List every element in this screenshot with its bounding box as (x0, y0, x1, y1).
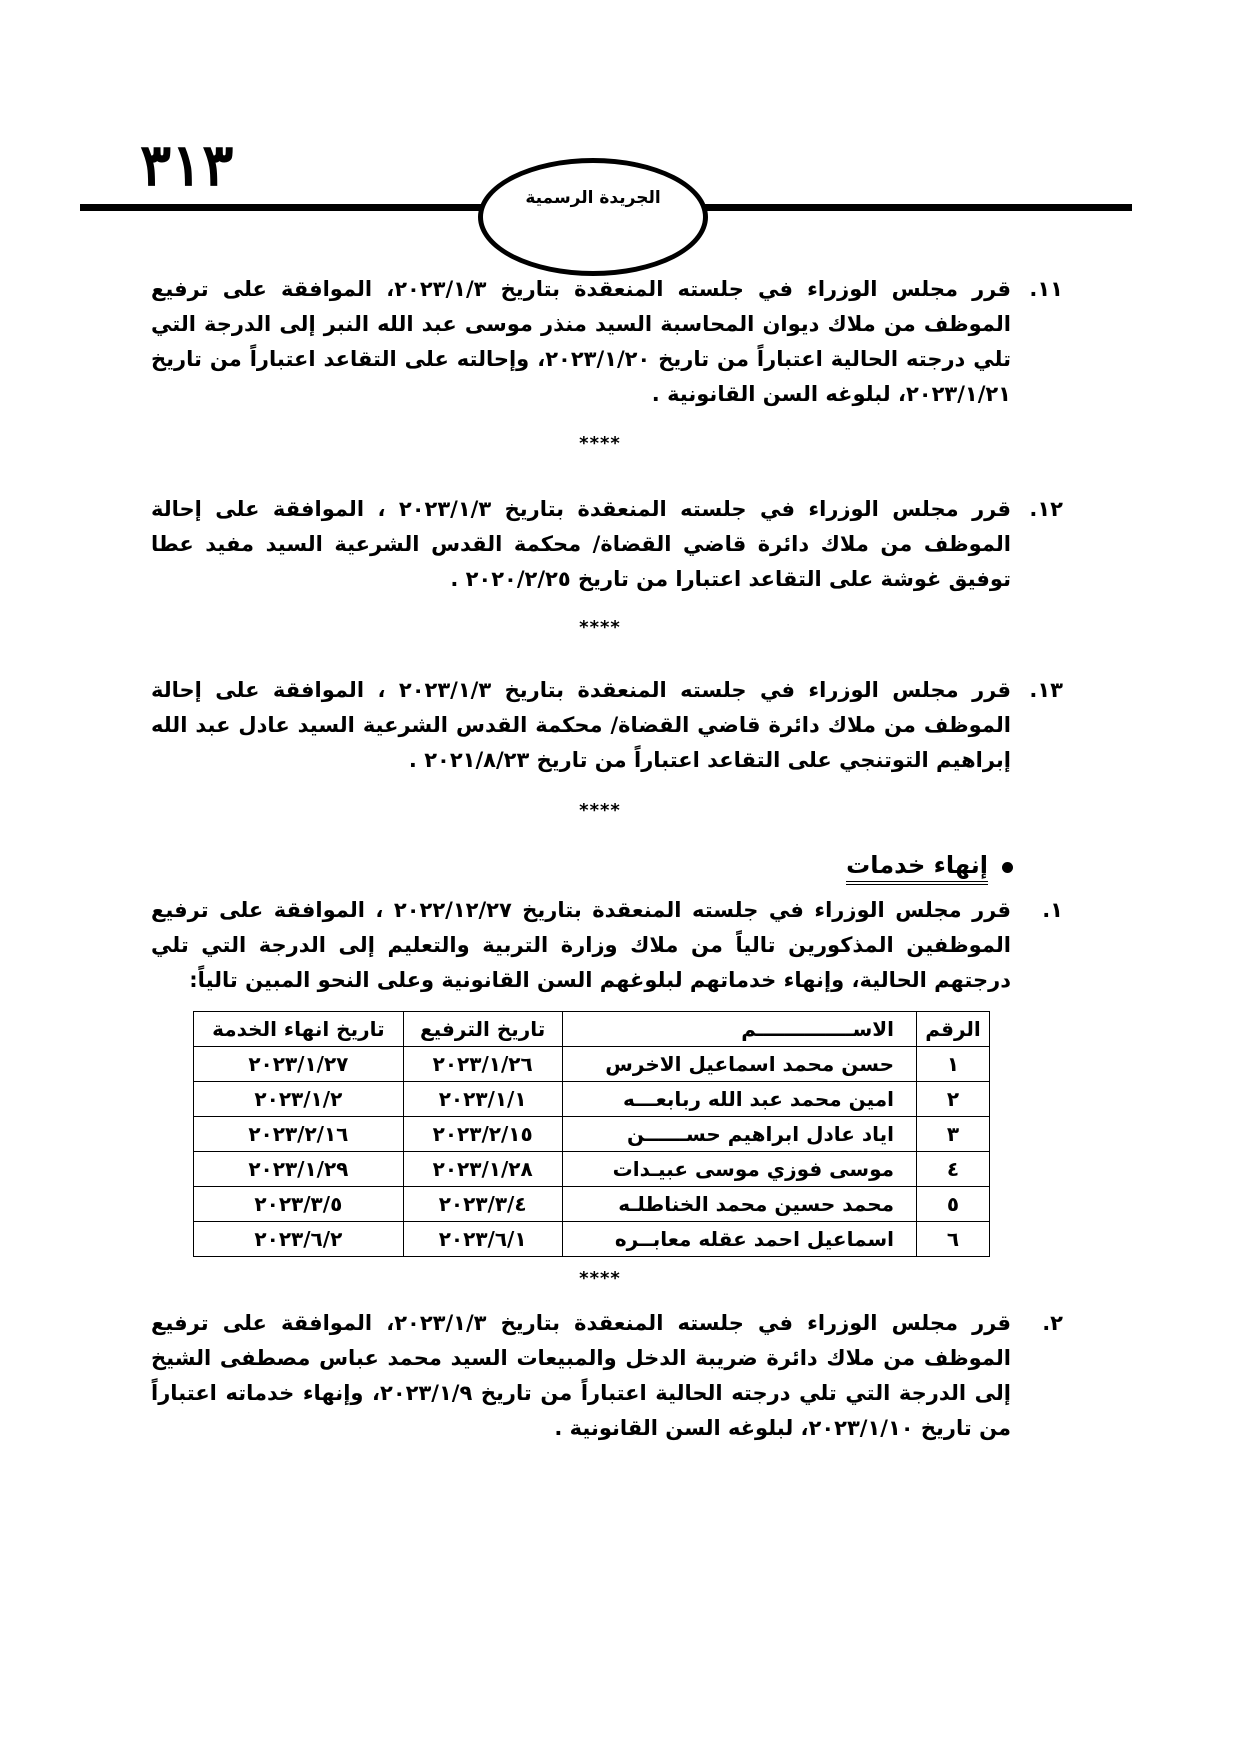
cell-number: ٢ (917, 1082, 990, 1117)
cell-promotion-date: ٢٠٢٣/١/٢٨ (403, 1152, 562, 1187)
table-row: ٥ محمد حسين محمد الخناطلـه ٢٠٢٣/٣/٤ ٢٠٢٣… (194, 1187, 990, 1222)
employees-table: الرقم الاســــــــــــــم تاريخ الترفيع … (193, 1011, 990, 1257)
cell-promotion-date: ٢٠٢٣/٢/١٥ (403, 1117, 562, 1152)
gazette-title-oval: الجريدة الرسمية (478, 158, 708, 276)
cell-termination-date: ٢٠٢٣/٢/١٦ (194, 1117, 404, 1152)
cell-termination-date: ٢٠٢٣/٦/٢ (194, 1222, 404, 1257)
cell-name: محمد حسين محمد الخناطلـه (562, 1187, 916, 1222)
table-row: ٦ اسماعيل احمد عقله معابــره ٢٠٢٣/٦/١ ٢٠… (194, 1222, 990, 1257)
decision-number: ٢. (1011, 1306, 1063, 1341)
cell-termination-date: ٢٠٢٣/١/٢ (194, 1082, 404, 1117)
cell-termination-date: ٢٠٢٣/١/٢٧ (194, 1047, 404, 1082)
decision-text: قرر مجلس الوزراء في جلسته المنعقدة بتاري… (151, 497, 1011, 591)
termination-item-2: ٢. قرر مجلس الوزراء في جلسته المنعقدة بت… (151, 1306, 1011, 1446)
cell-promotion-date: ٢٠٢٣/٦/١ (403, 1222, 562, 1257)
header-termination-date: تاريخ انهاء الخدمة (194, 1012, 404, 1047)
decision-text: قرر مجلس الوزراء في جلسته المنعقدة بتاري… (151, 678, 1011, 772)
cell-promotion-date: ٢٠٢٣/١/٢٦ (403, 1047, 562, 1082)
decision-text: قرر مجلس الوزراء في جلسته المنعقدة بتاري… (151, 898, 1011, 992)
decision-item-11: ١١. قرر مجلس الوزراء في جلسته المنعقدة ب… (151, 272, 1011, 412)
table-row: ٢ امين محمد عبد الله ربابعـــه ٢٠٢٣/١/١ … (194, 1082, 990, 1117)
cell-termination-date: ٢٠٢٣/٣/٥ (194, 1187, 404, 1222)
cell-name: موسى فوزي موسى عبيـدات (562, 1152, 916, 1187)
cell-name: حسن محمد اسماعيل الاخرس (562, 1047, 916, 1082)
decision-number: ١٣. (1011, 673, 1063, 708)
header-name: الاســــــــــــــم (562, 1012, 916, 1047)
bullet-icon (1002, 862, 1013, 873)
cell-name: اياد عادل ابراهيم حســــــن (562, 1117, 916, 1152)
cell-promotion-date: ٢٠٢٣/٣/٤ (403, 1187, 562, 1222)
cell-name: اسماعيل احمد عقله معابــره (562, 1222, 916, 1257)
cell-number: ٣ (917, 1117, 990, 1152)
header-number: الرقم (917, 1012, 990, 1047)
cell-termination-date: ٢٠٢٣/١/٢٩ (194, 1152, 404, 1187)
separator: **** (560, 433, 640, 454)
separator: **** (560, 1268, 640, 1289)
cell-number: ٤ (917, 1152, 990, 1187)
termination-item-1: ١. قرر مجلس الوزراء في جلسته المنعقدة بت… (151, 893, 1011, 998)
table-row: ٣ اياد عادل ابراهيم حســــــن ٢٠٢٣/٢/١٥ … (194, 1117, 990, 1152)
cell-number: ١ (917, 1047, 990, 1082)
decision-number: ١١. (1011, 272, 1063, 307)
page-number: ٣١٣ (140, 136, 233, 194)
separator: **** (560, 800, 640, 821)
separator: **** (560, 617, 640, 638)
cell-number: ٥ (917, 1187, 990, 1222)
gazette-title: الجريدة الرسمية (525, 188, 660, 208)
decision-item-12: ١٢. قرر مجلس الوزراء في جلسته المنعقدة ب… (151, 492, 1011, 597)
table-row: ١ حسن محمد اسماعيل الاخرس ٢٠٢٣/١/٢٦ ٢٠٢٣… (194, 1047, 990, 1082)
cell-number: ٦ (917, 1222, 990, 1257)
header-promotion-date: تاريخ الترفيع (403, 1012, 562, 1047)
section-heading: إنهاء خدمات (846, 850, 1013, 885)
section-title: إنهاء خدمات (846, 850, 988, 885)
decision-item-13: ١٣. قرر مجلس الوزراء في جلسته المنعقدة ب… (151, 673, 1011, 778)
decision-number: ١٢. (1011, 492, 1063, 527)
cell-name: امين محمد عبد الله ربابعـــه (562, 1082, 916, 1117)
table-header-row: الرقم الاســــــــــــــم تاريخ الترفيع … (194, 1012, 990, 1047)
decision-text: قرر مجلس الوزراء في جلسته المنعقدة بتاري… (151, 1311, 1011, 1440)
decision-number: ١. (1011, 893, 1063, 928)
decision-text: قرر مجلس الوزراء في جلسته المنعقدة بتاري… (151, 277, 1011, 406)
cell-promotion-date: ٢٠٢٣/١/١ (403, 1082, 562, 1117)
table-row: ٤ موسى فوزي موسى عبيـدات ٢٠٢٣/١/٢٨ ٢٠٢٣/… (194, 1152, 990, 1187)
